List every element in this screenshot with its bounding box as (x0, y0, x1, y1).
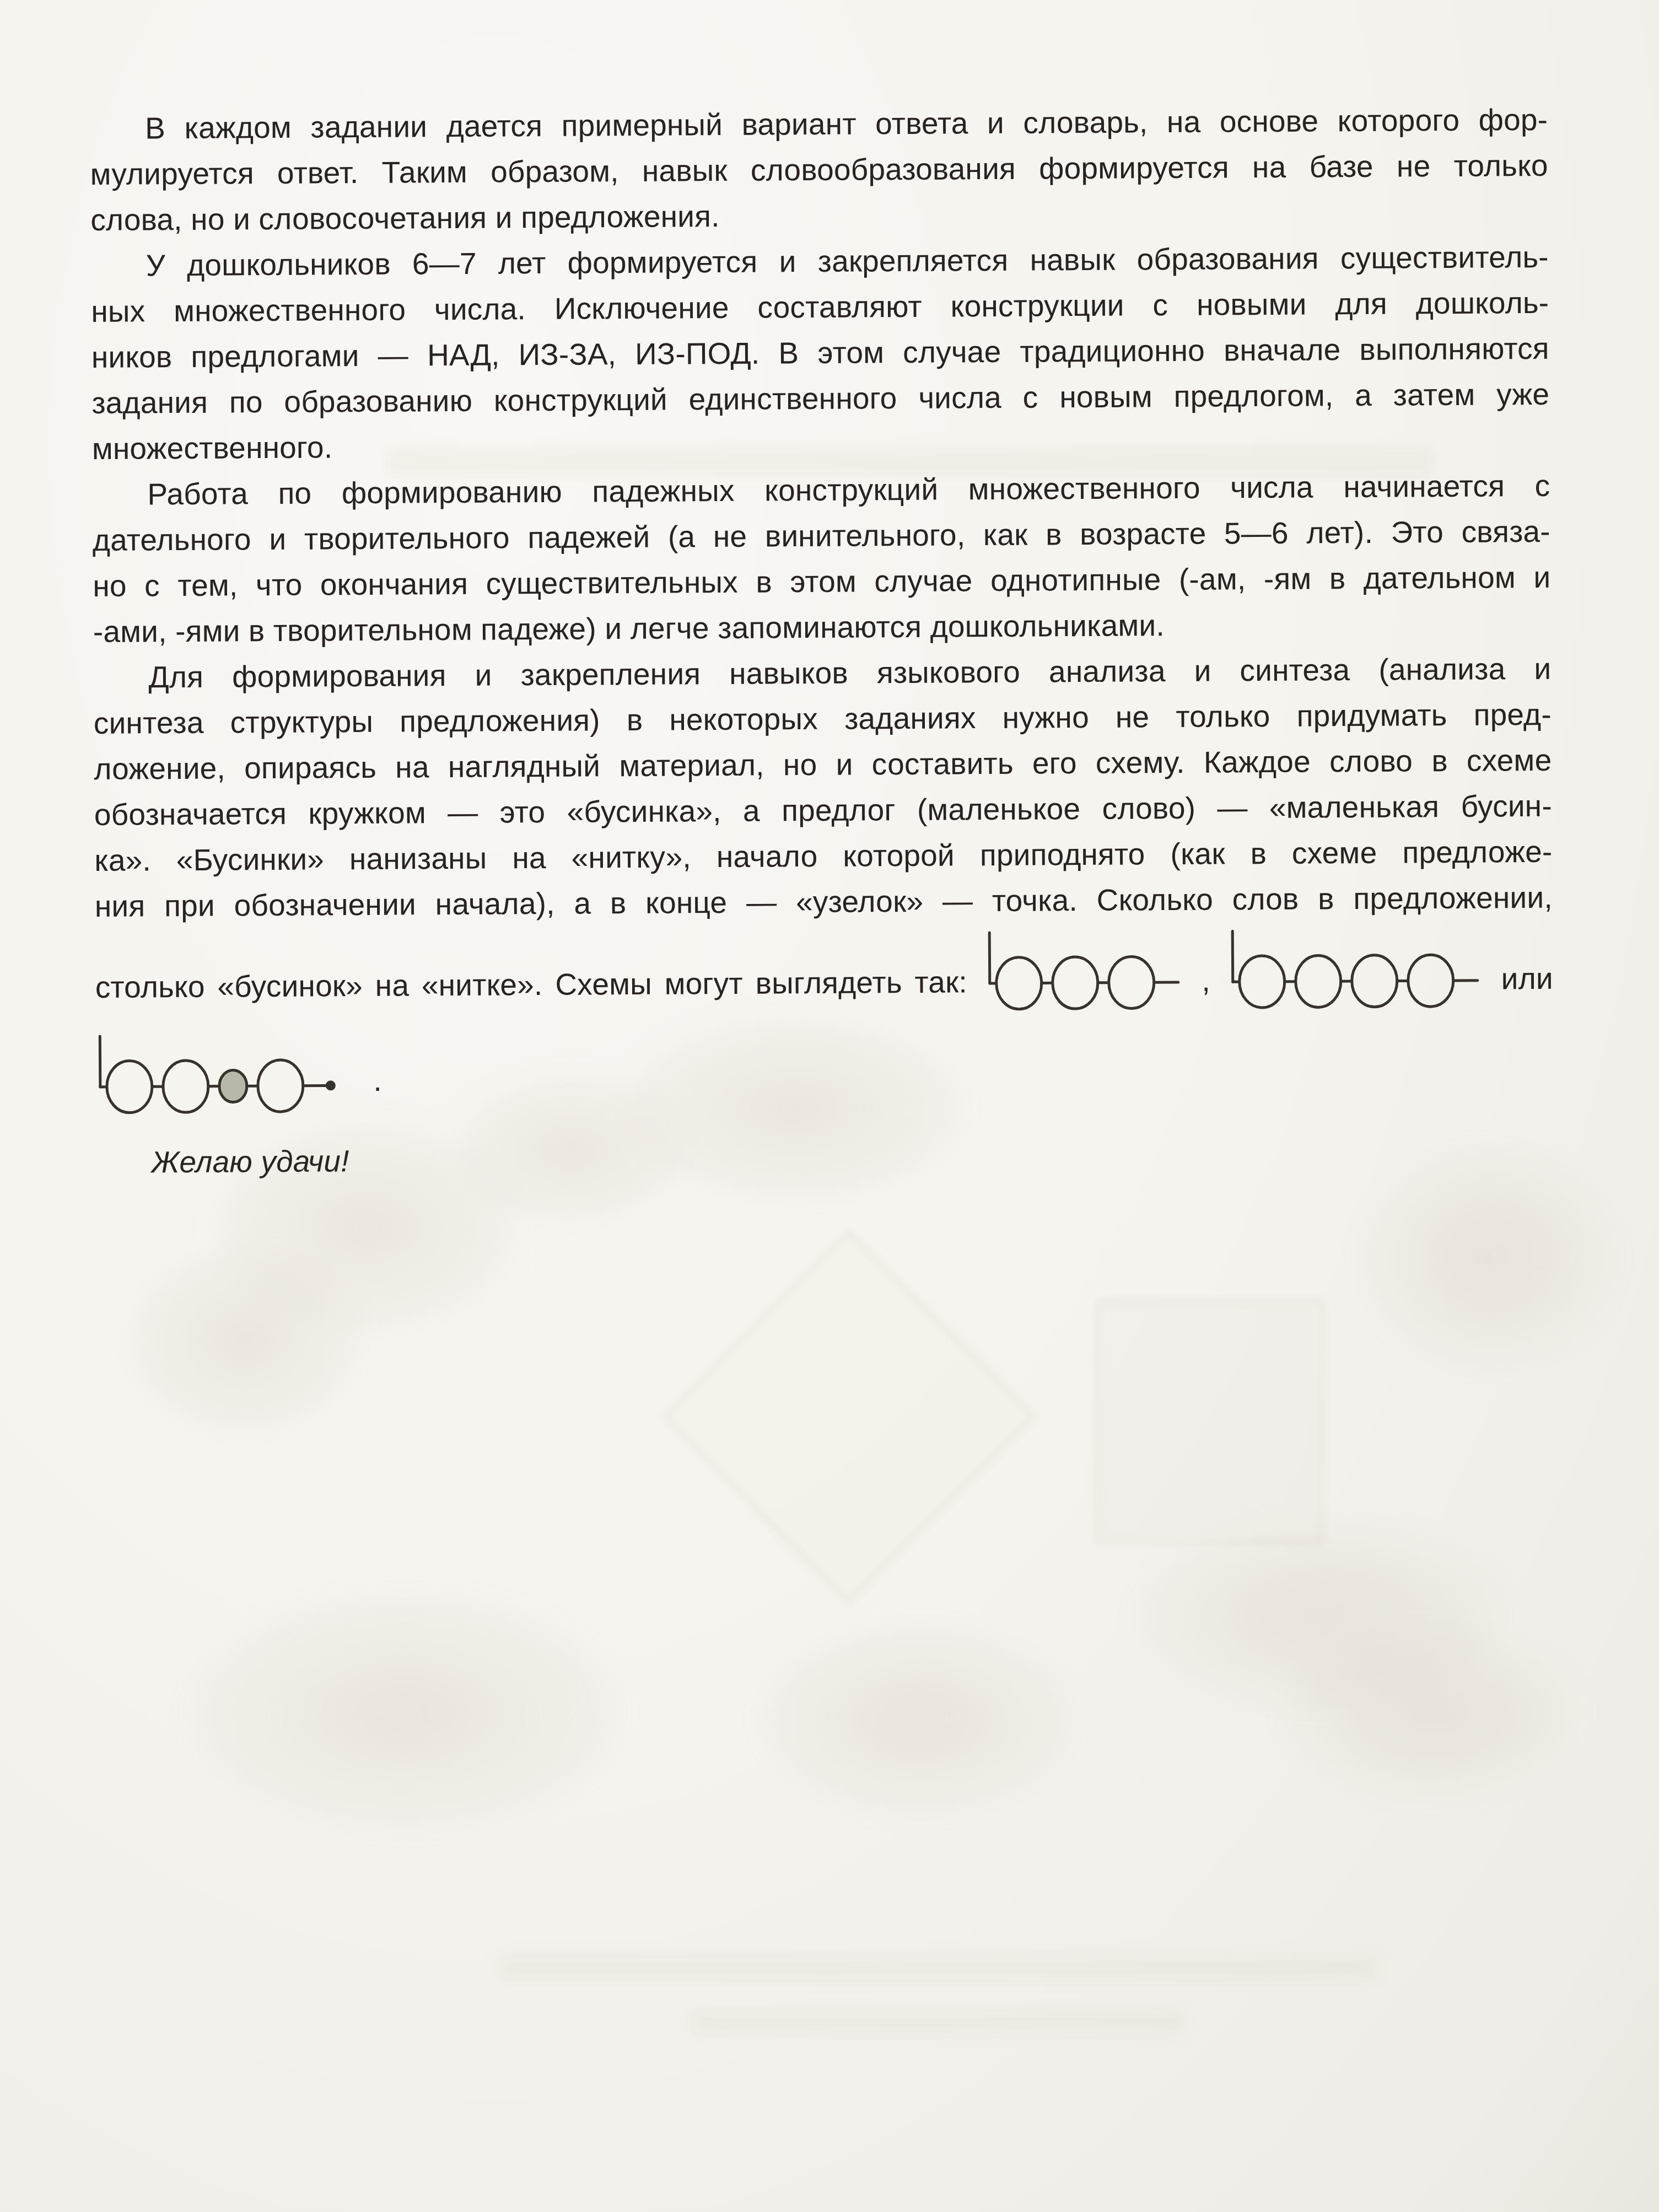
text-line: Для формирования и закрепления навыков я… (93, 646, 1551, 701)
text-line: У дошкольников 6—7 лет формируется и зак… (91, 234, 1549, 289)
showthrough-blob (187, 1593, 623, 1830)
schemes-example-line: столько «бусинок» на «нитке». Схемы могу… (95, 921, 1553, 1023)
text-line: множественного. (92, 417, 1550, 472)
paragraph: Для формирования и закрепления навыков я… (93, 646, 1554, 1121)
text-line: ния при обозначении начала), а в конце —… (95, 875, 1553, 929)
text-line: -ами, -ями в творительном падеже) и легч… (93, 600, 1551, 655)
bead-scheme-three-beads (985, 923, 1184, 1018)
schemes-line-prefix: столько «бусинок» на «нитке». Схемы могу… (95, 965, 967, 1004)
closing-wish: Желаю удачи! (96, 1131, 1554, 1186)
showthrough-cube-outline (662, 1230, 1036, 1604)
text-line: мулируется ответ. Таким образом, навык с… (90, 143, 1548, 197)
schemes-conjunction: или (1501, 961, 1553, 996)
showthrough-text-smudge (496, 1957, 1378, 1979)
showthrough-blob (127, 1246, 364, 1433)
showthrough-blob (761, 1626, 1075, 1813)
showthrough-blob (1135, 1521, 1505, 1709)
text-line: ложение, опираясь на наглядный материал,… (94, 738, 1552, 792)
scheme-with-small-bead-row: . (95, 1019, 1554, 1121)
text-line: ка». «Бусинки» нанизаны на «нитку», нача… (94, 829, 1552, 884)
showthrough-text-smudge (689, 2012, 1185, 2033)
scanned-book-page: В каждом задании дается примерный вариан… (0, 0, 1659, 2212)
paragraph: Работа по формированию падежных конструк… (92, 463, 1551, 655)
text-line: синтеза структуры предложения) в некотор… (94, 692, 1552, 746)
showthrough-blob (1284, 1626, 1576, 1797)
showthrough-box-outline (1097, 1301, 1323, 1543)
text-line: обозначается кружком — это «бусинка», а … (94, 783, 1552, 838)
paragraph: У дошкольников 6—7 лет формируется и зак… (91, 234, 1550, 472)
text-line: но с тем, что окончания существительных … (93, 555, 1550, 609)
text-line: Работа по формированию падежных конструк… (92, 463, 1550, 518)
text-line: дательного и творительного падежей (а не… (93, 509, 1550, 563)
scheme-trailing-period: . (373, 1058, 382, 1104)
text-line: ных множественного числа. Исключение сос… (91, 280, 1549, 335)
page-text-block: В каждом задании дается примерный вариан… (90, 97, 1554, 1186)
text-line: слова, но и словосочетания и предложения… (90, 189, 1548, 243)
text-line: задания по образованию конструкций единс… (91, 372, 1549, 426)
schemes-separator-comma: , (1202, 964, 1210, 998)
showthrough-blob (1361, 1147, 1615, 1367)
paragraph: В каждом задании дается примерный вариан… (90, 97, 1548, 243)
bead-scheme-with-small-bead (95, 1026, 341, 1121)
text-line: ников предлогами — НАД, ИЗ-ЗА, ИЗ-ПОД. В… (91, 326, 1549, 380)
bead-scheme-four-beads (1228, 921, 1483, 1016)
text-line: В каждом задании дается примерный вариан… (90, 97, 1548, 152)
